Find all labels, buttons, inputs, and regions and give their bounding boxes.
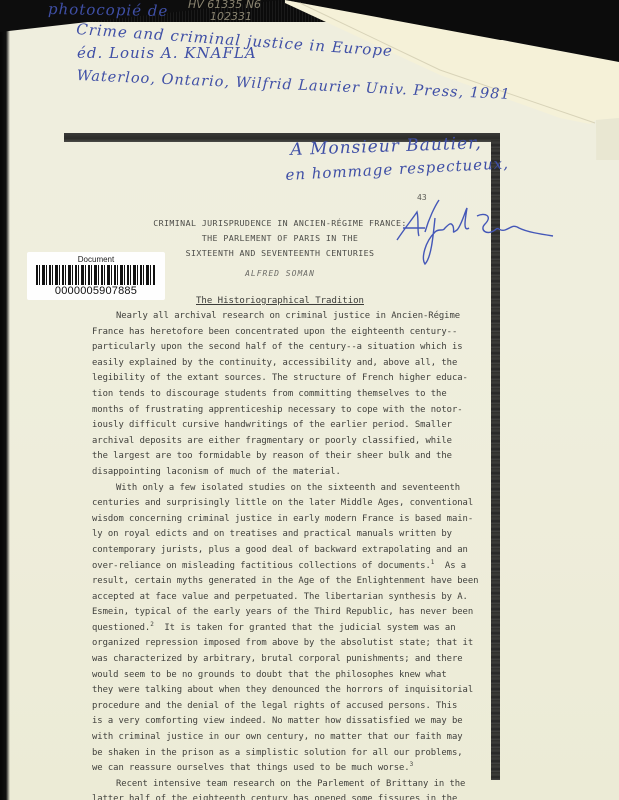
body-line: procedure and the denial of the legal ri…: [92, 699, 492, 715]
body-line-text: centuries and surprisingly little on the…: [92, 498, 473, 508]
body-line-text: Esmein, typical of the early years of th…: [92, 607, 473, 617]
body-line-text: they were talking about when they denoun…: [92, 685, 473, 695]
body-line: is a very comforting view indeed. No mat…: [92, 714, 492, 730]
body-line: months of frustrating apprenticeship nec…: [92, 403, 492, 419]
body-line: wisdom concerning criminal justice in ea…: [92, 512, 492, 528]
body-line: was characterized by arbitrary, brutal c…: [92, 652, 492, 668]
body-line-text: the largest are too formidable by reason…: [92, 451, 452, 461]
body-line: iously difficult cursive handwritings of…: [92, 418, 492, 434]
body-line-text: iously difficult cursive handwritings of…: [92, 420, 452, 430]
body-line-text: months of frustrating apprenticeship nec…: [92, 405, 463, 415]
body-line: With only a few isolated studies on the …: [92, 481, 492, 497]
pencil-call-number-2: 102331: [210, 10, 252, 23]
body-line-text: with criminal justice in our own century…: [92, 732, 463, 742]
body-line-text: archival deposits are either fragmentary…: [92, 436, 452, 446]
body-line-text: be shaken in the prison as a simplistic …: [92, 748, 463, 758]
body-line-text: organized repression imposed from above …: [92, 638, 473, 648]
body-line-text: result, certain myths generated in the A…: [92, 576, 478, 586]
body-line-text: tion tends to discourage students from c…: [92, 389, 447, 399]
body-line-text: over-reliance on misleading factitious c…: [92, 561, 431, 571]
body-line-text: accepted at face value and perpetuated. …: [92, 592, 468, 602]
body-line: easily explained by the continuity, acce…: [92, 356, 492, 372]
body-line-text: would seem to be no grounds to doubt tha…: [92, 670, 447, 680]
section-heading: The Historiographical Tradition: [120, 296, 440, 306]
body-line: latter half of the eighteenth century ha…: [92, 792, 492, 800]
body-line: organized repression imposed from above …: [92, 636, 492, 652]
body-line-text: is a very comforting view indeed. No mat…: [92, 716, 463, 726]
body-line-text: questioned.: [92, 623, 150, 633]
body-line-text: Recent intensive team research on the Pa…: [116, 779, 465, 789]
body-text: Nearly all archival research on criminal…: [92, 309, 492, 800]
body-line-text: procedure and the denial of the legal ri…: [92, 701, 457, 711]
footnote-marker[interactable]: 3: [410, 761, 414, 768]
body-line-text: Nearly all archival research on criminal…: [116, 311, 460, 321]
body-line: Recent intensive team research on the Pa…: [92, 777, 492, 793]
title-line-3: SIXTEENTH AND SEVENTEENTH CENTURIES: [120, 248, 440, 258]
body-line: legibility of the extant sources. The st…: [92, 371, 492, 387]
body-line: the largest are too formidable by reason…: [92, 449, 492, 465]
body-line-text: France has heretofore been concentrated …: [92, 327, 457, 337]
body-line: Esmein, typical of the early years of th…: [92, 605, 492, 621]
body-line: be shaken in the prison as a simplistic …: [92, 746, 492, 762]
body-line-text-after: It is taken for granted that the judicia…: [154, 623, 456, 633]
title-line-1: CRIMINAL JURISPRUDENCE IN ANCIEN-RÉGIME …: [120, 218, 440, 228]
handwritten-note-line-1: photocopié de: [48, 0, 169, 20]
body-line-text: wisdom concerning criminal justice in ea…: [92, 514, 473, 524]
body-line: tion tends to discourage students from c…: [92, 387, 492, 403]
title-line-2: THE PARLEMENT OF PARIS IN THE: [120, 233, 440, 243]
body-line-text: contemporary jurists, plus a good deal o…: [92, 545, 468, 555]
barcode-label: Document: [27, 255, 165, 264]
body-line: Nearly all archival research on criminal…: [92, 309, 492, 325]
body-line: contemporary jurists, plus a good deal o…: [92, 543, 492, 559]
body-line-text: was characterized by arbitrary, brutal c…: [92, 654, 463, 664]
body-line: archival deposits are either fragmentary…: [92, 434, 492, 450]
body-line: questioned.2 It is taken for granted tha…: [92, 621, 492, 637]
body-line: they were talking about when they denoun…: [92, 683, 492, 699]
body-line-text: With only a few isolated studies on the …: [116, 483, 460, 493]
body-line: result, certain myths generated in the A…: [92, 574, 492, 590]
author-name: ALFRED SOMAN: [120, 269, 440, 278]
barcode-icon: [36, 265, 156, 285]
body-line: ly on royal edicts and on treatises and …: [92, 527, 492, 543]
body-line: particularly upon the second half of the…: [92, 340, 492, 356]
body-line: over-reliance on misleading factitious c…: [92, 559, 492, 575]
body-line-text: legibility of the extant sources. The st…: [92, 373, 468, 383]
body-line-text: latter half of the eighteenth century ha…: [92, 794, 457, 800]
body-line-text: easily explained by the continuity, acce…: [92, 358, 457, 368]
body-line: with criminal justice in our own century…: [92, 730, 492, 746]
body-line-text: we can reassure ourselves that things us…: [92, 763, 410, 773]
handwritten-note-line-3: éd. Louis A. KNAFLA: [77, 44, 257, 62]
body-line: we can reassure ourselves that things us…: [92, 761, 492, 777]
barcode-number: 0000005907885: [27, 285, 165, 297]
body-line: accepted at face value and perpetuated. …: [92, 590, 492, 606]
body-line-text: disappointing laconism of much of the ma…: [92, 467, 341, 477]
body-line-text: particularly upon the second half of the…: [92, 342, 463, 352]
body-line: France has heretofore been concentrated …: [92, 325, 492, 341]
body-line: disappointing laconism of much of the ma…: [92, 465, 492, 481]
body-line: centuries and surprisingly little on the…: [92, 496, 492, 512]
body-line: would seem to be no grounds to doubt tha…: [92, 668, 492, 684]
barcode-sticker: Document 0000005907885: [27, 252, 165, 300]
body-line-text-after: As a: [434, 561, 466, 571]
body-line-text: ly on royal edicts and on treatises and …: [92, 529, 452, 539]
